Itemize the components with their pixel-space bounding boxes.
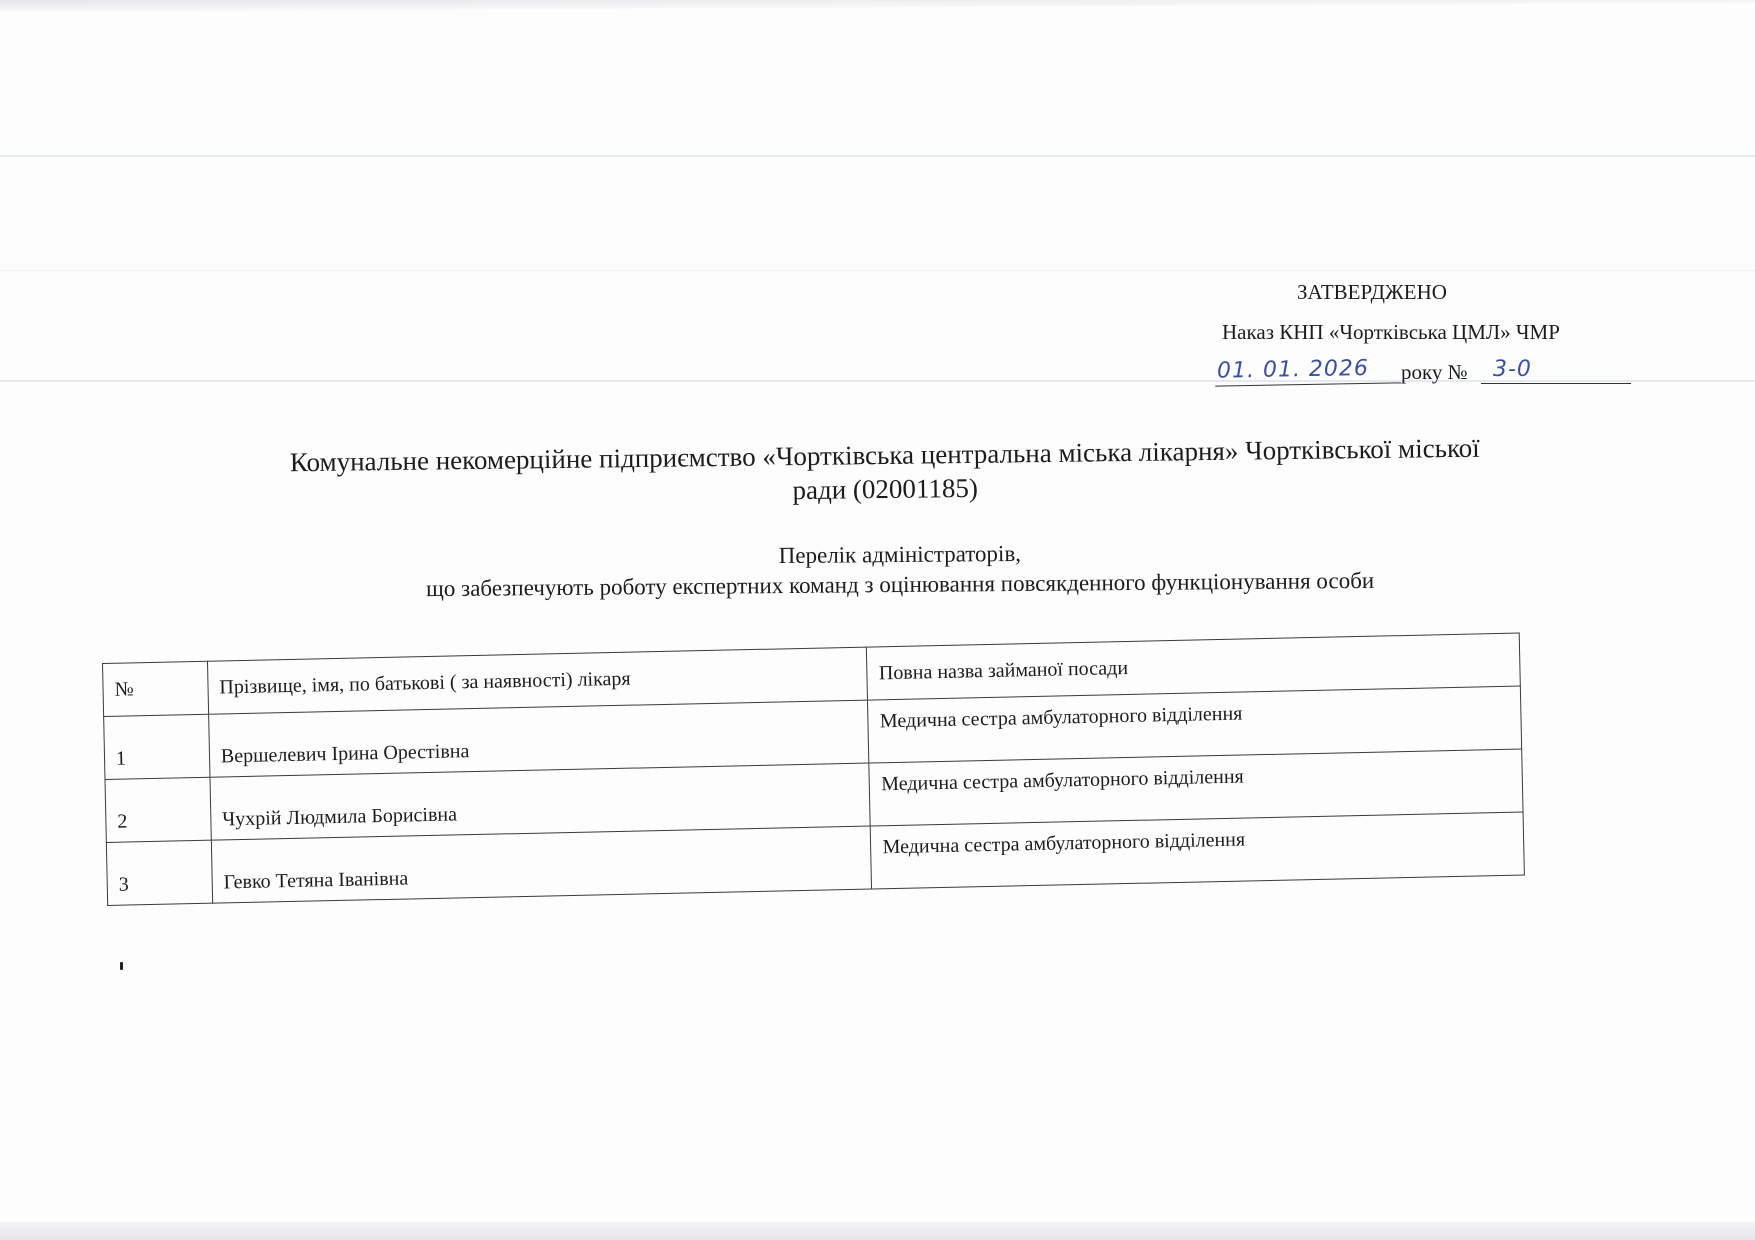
administrators-table: № Прізвище, імя, по батькові ( за наявно… (102, 633, 1525, 906)
row-position: Медична сестра амбулаторного відділення (871, 812, 1525, 889)
scan-edge-top (0, 0, 1755, 12)
order-date-handwritten: 01. 01. 2026 (1217, 356, 1369, 385)
scan-edge-bottom (0, 1222, 1755, 1240)
order-number-handwritten: 3-0 (1493, 357, 1532, 383)
list-title: Перелік адміністраторів, що забезпечують… (260, 534, 1540, 605)
order-number-field: 3-0 (1481, 356, 1631, 384)
stray-ink-mark (120, 962, 123, 970)
organization-title: Комунальне некомерційне підприємство «Чо… (95, 428, 1676, 515)
order-date-field: 01. 01. 2026 (1215, 354, 1401, 386)
column-header-number: № (103, 661, 209, 716)
order-label: Наказ КНП «Чортківська ЦМЛ» ЧМР (1222, 312, 1560, 352)
row-number: 1 (104, 714, 210, 779)
row-name: Гевко Тетяна Іванівна (211, 826, 872, 903)
order-date-row: 01. 01. 2026 року № 3-0 (1215, 352, 1635, 392)
row-number: 3 (106, 840, 212, 905)
approved-label: ЗАТВЕРДЖЕНО (1297, 272, 1447, 312)
scan-artifact-line (0, 270, 1755, 271)
year-number-label: року № (1401, 352, 1468, 392)
row-number: 2 (105, 777, 211, 842)
scan-artifact-line (0, 155, 1755, 157)
